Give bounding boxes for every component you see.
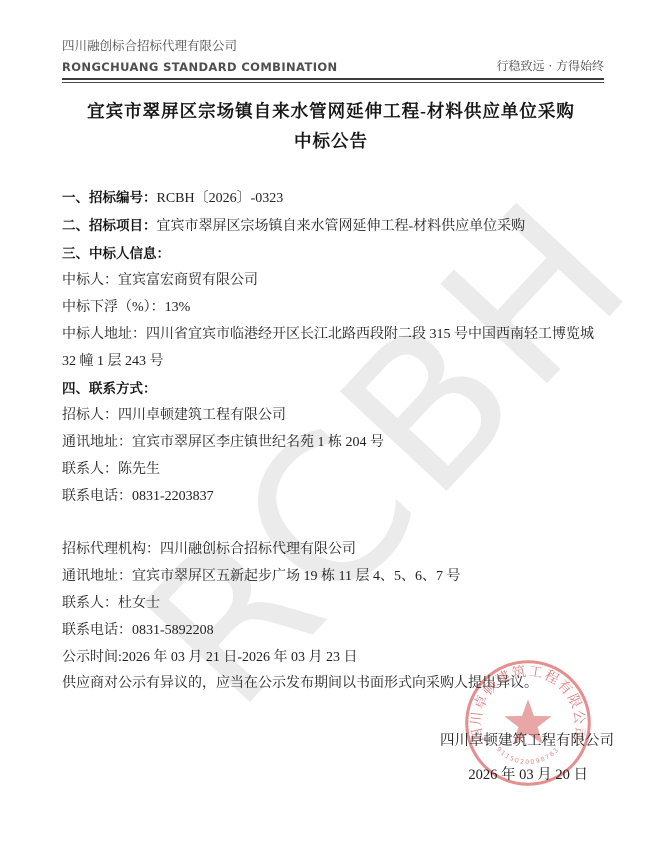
title-line-1: 宜宾市翠屏区宗场镇自来水管网延伸工程-材料供应单位采购 <box>0 96 662 126</box>
line-publicity-period: 公示时间:2026 年 03 月 21 日-2026 年 03 月 23 日 <box>62 645 606 672</box>
blank-line <box>62 511 606 538</box>
agency-name-en: RONGCHUANG STANDARD COMBINATION <box>62 60 338 74</box>
line-tender-project: 二、招标项目：宜宾市翠屏区宗场镇自来水管网延伸工程-材料供应单位采购 <box>62 213 606 241</box>
agency-name-cn: 四川融创标合招标代理有限公司 <box>62 36 604 54</box>
line-agency-name: 招标代理机构：四川融创标合招标代理有限公司 <box>62 537 606 564</box>
line-tender-number: 一、招标编号：RCBH〔2026〕-0323 <box>62 185 606 213</box>
document-page: RCBH 四川融创标合招标代理有限公司 RONGCHUANG STANDARD … <box>0 0 662 858</box>
line-objection-notice: 供应商对公示有异议的，应当在公示发布期间以书面形式向采购人提出异议。 <box>62 671 606 698</box>
line-winner-name: 中标人：宜宾富宏商贸有限公司 <box>62 268 606 295</box>
signature-block: 四川卓顿建筑工程有限公司 2026 年 03 月 20 日 <box>0 729 662 784</box>
letterhead-row: RONGCHUANG STANDARD COMBINATION 行稳致远 · 方… <box>62 57 604 74</box>
page-title: 宜宾市翠屏区宗场镇自来水管网延伸工程-材料供应单位采购 中标公告 <box>0 96 662 156</box>
document-content: 四川融创标合招标代理有限公司 RONGCHUANG STANDARD COMBI… <box>0 0 662 784</box>
line-agency-contact: 联系人：杜女士 <box>62 591 606 618</box>
letterhead-divider <box>62 78 604 83</box>
value-tender-number: RCBH〔2026〕-0323 <box>157 191 284 206</box>
title-line-2: 中标公告 <box>0 126 662 156</box>
line-tenderee-phone: 联系电话：0831-2203837 <box>62 484 606 511</box>
line-contact-heading: 四、联系方式： <box>62 376 606 404</box>
line-winner-discount: 中标下浮（%）：13% <box>62 295 606 322</box>
line-tenderee-contact: 联系人：陈先生 <box>62 457 606 484</box>
label-tender-number: 一、招标编号： <box>62 190 157 206</box>
line-agency-phone: 联系电话：0831-5892208 <box>62 618 606 645</box>
signer-name: 四川卓顿建筑工程有限公司 <box>0 729 662 750</box>
label-winner-info: 三、中标人信息： <box>62 246 170 262</box>
value-tender-project: 宜宾市翠屏区宗场镇自来水管网延伸工程-材料供应单位采购 <box>157 219 526 234</box>
line-agency-address: 通讯地址：宜宾市翠屏区五新起步广场 19 栋 11 层 4、5、6、7 号 <box>62 564 606 591</box>
announcement-body: 一、招标编号：RCBH〔2026〕-0323 二、招标项目：宜宾市翠屏区宗场镇自… <box>62 185 606 698</box>
line-winner-info-heading: 三、中标人信息： <box>62 241 606 269</box>
letterhead: 四川融创标合招标代理有限公司 RONGCHUANG STANDARD COMBI… <box>0 0 662 83</box>
line-tenderee-address: 通讯地址：宜宾市翠屏区李庄镇世纪名苑 1 栋 204 号 <box>62 430 606 457</box>
agency-slogan: 行稳致远 · 方得始终 <box>497 57 604 74</box>
label-tender-project: 二、招标项目： <box>62 218 157 234</box>
line-tenderee-name: 招标人：四川卓顿建筑工程有限公司 <box>62 403 606 430</box>
label-contact-heading: 四、联系方式： <box>62 381 157 397</box>
line-winner-address: 中标人地址：四川省宜宾市临港经开区长江北路西段附二段 315 号中国西南轻工博览… <box>62 322 606 376</box>
signature-date: 2026 年 03 月 20 日 <box>0 763 662 784</box>
